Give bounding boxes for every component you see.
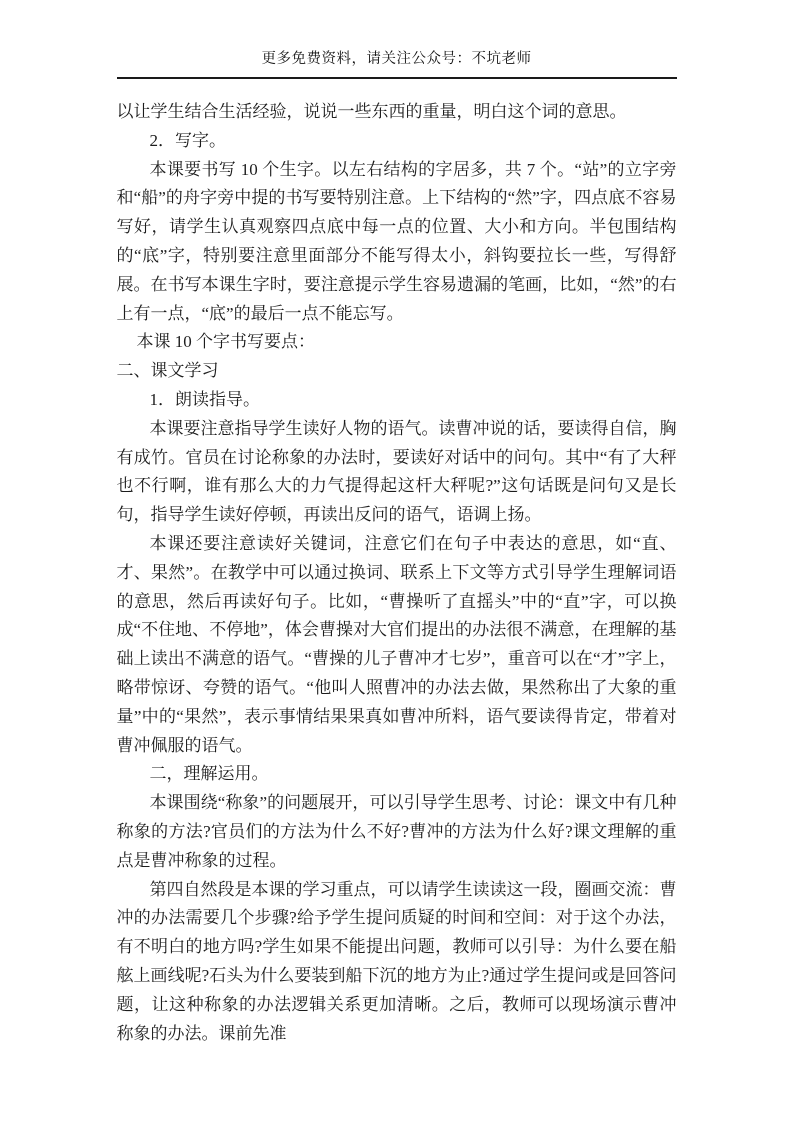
heading-understand-apply: 二，理解运用。 [117, 760, 677, 789]
para-paragraph-four: 第四自然段是本课的学习重点，可以请学生读读这一段，圈画交流：曹冲的办法需要几个步… [117, 876, 677, 1049]
para-weighing-questions: 本课围绕“称象”的问题展开，可以引导学生思考、讨论：课文中有几种称象的方法?官员… [117, 789, 677, 875]
heading-text-study: 二、课文学习 [117, 357, 677, 386]
document-body: 以让学生结合生活经验，说说一些东西的重量，明白这个词的意思。 2．写字。 本课要… [117, 98, 677, 1048]
heading-reading-guide: 1．朗读指导。 [117, 386, 677, 415]
continuation-line: 以让学生结合生活经验，说说一些东西的重量，明白这个词的意思。 [117, 98, 677, 127]
para-reading-tone: 本课要注意指导学生读好人物的语气。读曹冲说的话，要读得自信，胸有成竹。官员在讨论… [117, 415, 677, 530]
heading-write-chars: 2．写字。 [117, 127, 677, 156]
header-notice: 更多免费资料，请关注公众号：不坑老师 [117, 50, 677, 69]
para-keywords: 本课还要注意读好关键词，注意它们在句子中表达的意思，如“直、才、果然”。在教学中… [117, 530, 677, 760]
document-page: 更多免费资料，请关注公众号：不坑老师 以让学生结合生活经验，说说一些东西的重量，… [0, 0, 793, 1122]
line-writing-points: 本课 10 个字书写要点： [117, 328, 677, 357]
page-header: 更多免费资料，请关注公众号：不坑老师 [117, 0, 677, 79]
para-writing-guide: 本课要书写 10 个生字。以左右结构的字居多，共 7 个。“站”的立字旁和“船”… [117, 156, 677, 329]
header-rule [117, 77, 677, 79]
